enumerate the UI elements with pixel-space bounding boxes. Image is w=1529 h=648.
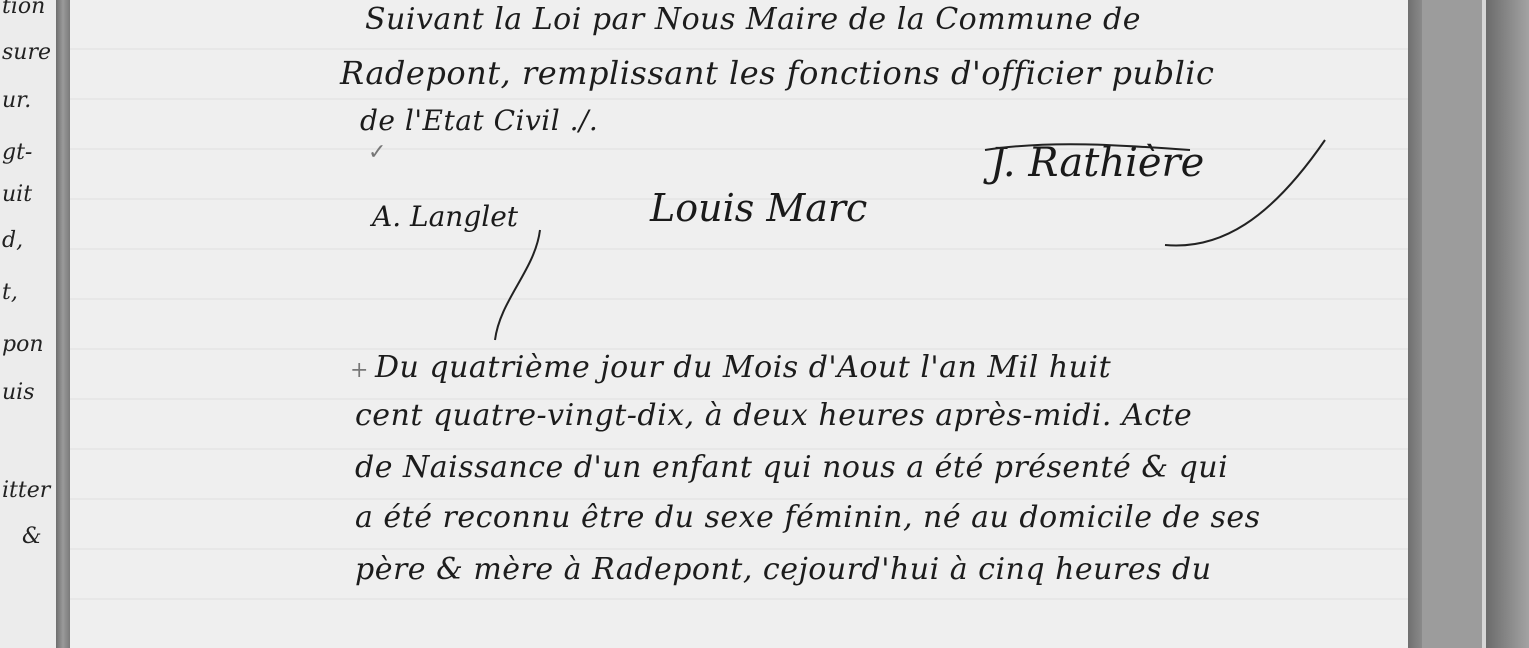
prev-text: itter <box>2 478 50 503</box>
prev-text: d, <box>2 228 23 253</box>
prev-text: t, <box>2 280 18 305</box>
signature-flourishes <box>70 0 1408 648</box>
page-edge <box>1408 0 1422 648</box>
prev-text: & <box>22 524 42 549</box>
closing-line-2: Radepont, remplissant les fonctions d'of… <box>340 54 1214 92</box>
prev-text: ur. <box>2 88 31 113</box>
entry-line-4: a été reconnu être du sexe féminin, né a… <box>355 500 1261 535</box>
page-stack <box>1422 0 1482 648</box>
prev-text: sure <box>2 40 51 65</box>
entry-line-5: père & mère à Radepont, cejourd'hui à ci… <box>355 552 1212 587</box>
margin-mark: + <box>350 358 368 383</box>
entry-line-2: cent quatre-vingt-dix, à deux heures apr… <box>355 398 1192 433</box>
signature-witness-2: Louis Marc <box>650 186 867 230</box>
book-gutter <box>56 0 70 648</box>
prev-text: uit <box>2 182 32 207</box>
entry-line-1: Du quatrième jour du Mois d'Aout l'an Mi… <box>375 350 1111 385</box>
prev-text: gt- <box>2 140 32 165</box>
book-cover-edge <box>1486 0 1529 648</box>
check-mark: ✓ <box>368 140 386 165</box>
prev-text: tion <box>2 0 45 19</box>
entry-line-3: de Naissance d'un enfant qui nous a été … <box>355 450 1228 485</box>
closing-line-1: Suivant la Loi par Nous Maire de la Comm… <box>365 2 1141 37</box>
previous-page-fragment: tion sure ur. gt- uit d, t, pon uis itte… <box>0 0 56 648</box>
closing-line-3: de l'Etat Civil ./. <box>360 104 598 137</box>
prev-text: uis <box>2 380 35 405</box>
prev-text: pon <box>2 332 44 357</box>
signature-mayor: J. Rathière <box>990 140 1204 186</box>
signature-witness-1: A. Langlet <box>372 200 518 233</box>
register-page: Suivant la Loi par Nous Maire de la Comm… <box>70 0 1408 648</box>
